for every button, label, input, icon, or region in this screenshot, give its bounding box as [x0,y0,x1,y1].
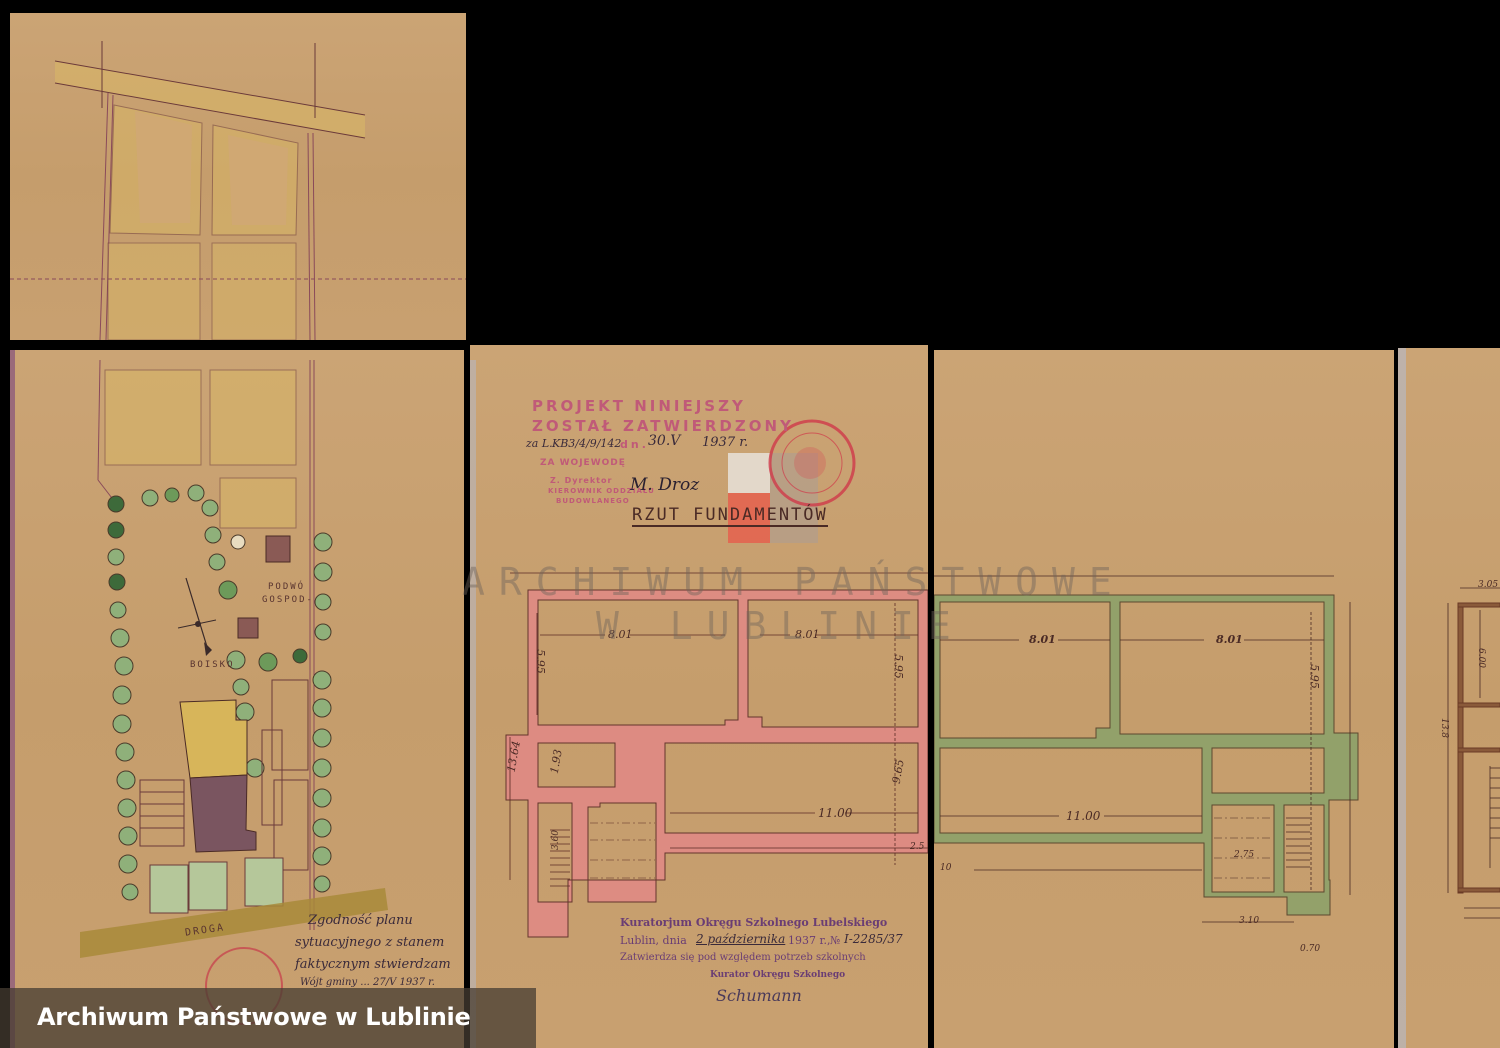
mirror-dim-bottom-width: 3.10 [1239,916,1259,926]
flag-white [728,453,770,493]
site-plan-top-sheet [10,13,466,340]
approval-date-prefix: dn. [620,438,649,451]
kuratorium-line3: Zatwierdza się pod względem potrzeb szko… [620,952,866,963]
site-plan-sheet: BOISKO PODWÓ GOSPOD- DROGA Zgodność plan… [10,350,464,1048]
mirror-dim-right-height: 5.95 [1308,664,1321,689]
handwritten-note-line2: sytuacyjnego z stanem [295,935,444,950]
foundation-plan-mirror-sheet: 8.01 8.01 5.95 11.00 2.75 3.10 0.70 10 [934,350,1394,1048]
partial-sheet-drawing [1398,348,1500,1048]
partial-dim-room: 6.00 [1476,648,1486,668]
kuratorium-line1: Kuratorjum Okręgu Szkolnego Lubelskiego [620,916,887,929]
kuratorium-no-prefix: № [830,934,840,947]
outbuilding [266,536,290,562]
approval-ref-prefix: za L. [526,437,553,450]
dim-stair: 3.60 [551,830,561,850]
kuratorium-signature: Schumann [716,986,802,1005]
site-plan-top-drawing [10,13,466,340]
kuratorium-number: I-2285/37 [844,932,903,946]
dim-long-room: 11.00 [818,806,852,820]
approval-stamp-line5: Z. Dyrektor [550,476,612,485]
dim-corner: 2.5 [910,842,924,852]
mirror-dim-top-right: 8.01 [1216,633,1243,646]
approval-stamp-line4: ZA WOJEWODĘ [540,458,626,468]
mirror-dim-edge: 10 [940,863,951,873]
kuratorium-year: 1937 r., [788,934,831,947]
handwritten-note-line3: faktycznym stwierdzam [295,957,451,972]
handwritten-note-line4: Wójt gminy ... 27/V 1937 r. [300,977,435,988]
farm-yard-label-2: GOSPOD- [262,595,314,605]
foundation-plan-mirror-drawing [934,350,1394,1048]
drawing-title: RZUT FUNDAMENTÓW [632,505,828,527]
dim-left-height: 5.95 [534,649,547,674]
partial-sheet: 3.05 6.00 13.8 [1398,348,1500,1048]
partial-dim-total: 13.8 [1439,718,1449,738]
handwritten-note-line1: Zgodność planu [308,913,413,928]
mirror-dim-long-room: 11.00 [1066,809,1100,823]
garden-plot [189,862,227,910]
farm-yard-label: PODWÓ [268,582,305,592]
watermark-line1: ARCHIWUM PAŃSTWOWE [462,560,1126,604]
archive-caption: Archiwum Państwowe w Lublinie [37,1003,470,1031]
outbuilding [238,618,258,638]
approval-date: 30.V [648,433,680,449]
approval-ref-number: KB3/4/9/142 [552,437,621,450]
mirror-dim-stair-width: 0.70 [1300,944,1320,954]
mirror-dim-stair-room: 2.75 [1234,850,1254,860]
garden-plot [245,858,283,906]
kuratorium-line4: Kurator Okręgu Szkolnego [710,970,845,980]
watermark-line2: W LUBLINIE [596,604,965,648]
approval-stamp-line1: PROJEKT NINIEJSZY [532,397,746,415]
kuratorium-line2-prefix: Lublin, dnia [620,934,687,947]
approval-signature: M. Droz [630,475,699,495]
mirror-dim-top-left: 8.01 [1029,633,1056,646]
foundation-plan-sheet: PROJEKT NINIEJSZY ZOSTAŁ ZATWIERDZONY za… [470,345,928,1048]
approval-stamp-line7: BUDOWLANEGO [556,497,630,505]
approval-year: 1937 r. [702,435,748,450]
dim-right-height: 5.95 [892,654,905,679]
garden-plot [150,865,188,913]
partial-dim-top: 3.05 [1478,580,1498,590]
kuratorium-date: 2 października [696,932,785,946]
yard-label: BOISKO [190,660,235,670]
